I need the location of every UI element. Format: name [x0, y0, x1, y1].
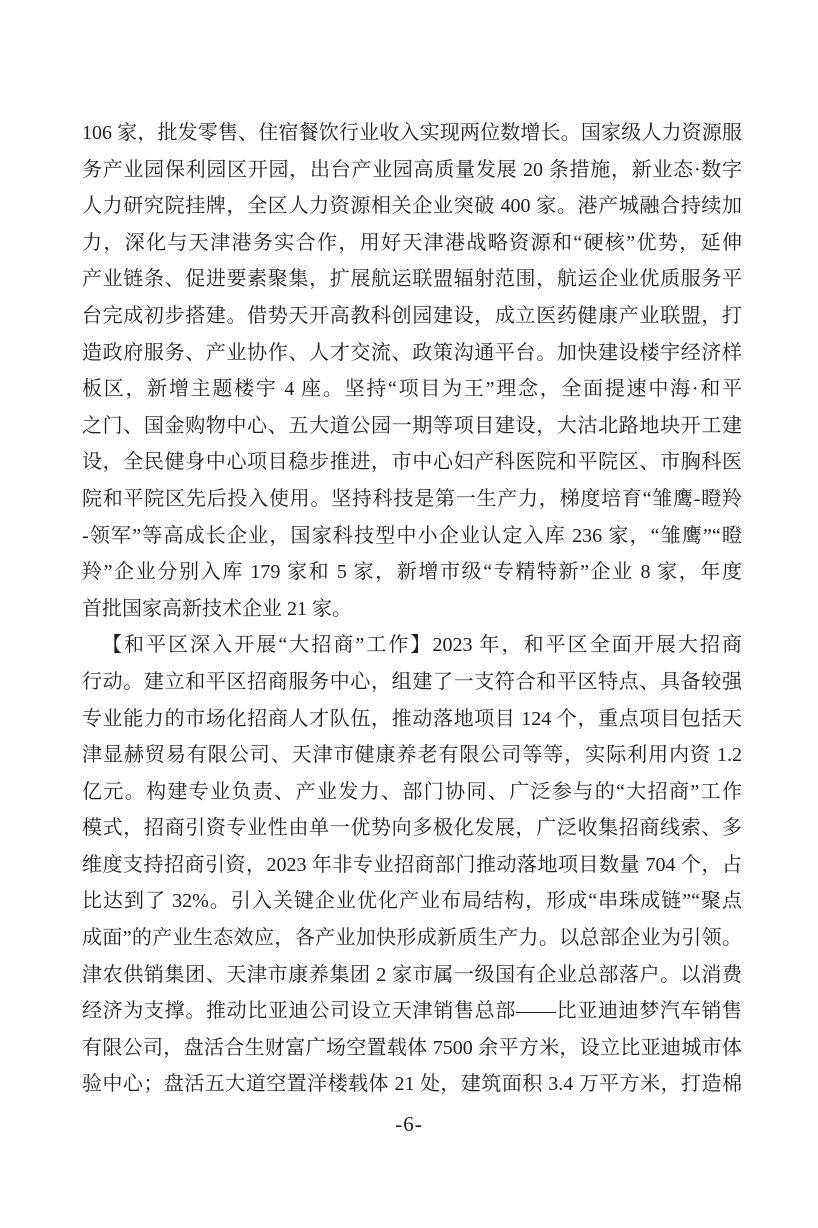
text-line: 造政府服务、产业协作、人才交流、政策沟通平台。加快建设楼宇经济样: [82, 335, 742, 372]
text-line: 比达到了 32%。引入关键企业优化产业布局结构，形成“串珠成链”“聚点: [82, 883, 742, 920]
text-line: 模式，招商引资专业性由单一优势向多极化发展，广泛收集招商线索、多: [82, 810, 742, 847]
text-line: 板区，新增主题楼宇 4 座。坚持“项目为王”理念，全面提速中海·和平: [82, 371, 742, 408]
text-line: 行动。建立和平区招商服务中心，组建了一支符合和平区特点、具备较强: [82, 664, 742, 701]
text-line: 津显赫贸易有限公司、天津市健康养老有限公司等等，实际利用内资 1.2: [82, 737, 742, 774]
text-line: 人力研究院挂牌，全区人力资源相关企业突破 400 家。港产城融合持续加: [82, 188, 742, 225]
text-line: 力，深化与天津港务实合作，用好天津港战略资源和“硬核”优势，延伸: [82, 225, 742, 262]
paragraph-dazhaoshang: 【和平区深入开展“大招商”工作】2023 年，和平区全面开展大招商行动。建立和平…: [82, 627, 742, 1103]
text-line: 经济为支撑。推动比亚迪公司设立天津销售总部——比亚迪迪梦汽车销售: [82, 993, 742, 1030]
text-line: 106 家，批发零售、住宿餐饮行业收入实现两位数增长。国家级人力资源服: [82, 115, 742, 152]
page-number: -6-: [0, 1112, 818, 1137]
text-line: 【和平区深入开展“大招商”工作】2023 年，和平区全面开展大招商: [82, 627, 742, 664]
text-line: 羚”企业分别入库 179 家和 5 家，新增市级“专精特新”企业 8 家，年度: [82, 554, 742, 591]
text-line: 维度支持招商引资，2023 年非专业招商部门推动落地项目数量 704 个，占: [82, 847, 742, 884]
text-line: 亿元。构建专业负责、产业发力、部门协同、广泛参与的“大招商”工作: [82, 774, 742, 811]
text-line: 之门、国金购物中心、五大道公园一期等项目建设，大沽北路地块开工建: [82, 408, 742, 445]
text-line: -领军”等高成长企业，国家科技型中小企业认定入库 236 家，“雏鹰”“瞪: [82, 518, 742, 555]
text-line: 台完成初步搭建。借势天开高教科创园建设，成立医药健康产业联盟，打: [82, 298, 742, 335]
text-line: 产业链条、促进要素聚集，扩展航运联盟辐射范围，航运企业优质服务平: [82, 261, 742, 298]
text-line: 首批国家高新技术企业 21 家。: [82, 591, 742, 628]
text-line: 津农供销集团、天津市康养集团 2 家市属一级国有企业总部落户。以消费: [82, 957, 742, 994]
text-line: 院和平院区先后投入使用。坚持科技是第一生产力，梯度培育“雏鹰-瞪羚: [82, 481, 742, 518]
text-line: 成面”的产业生态效应，各产业加快形成新质生产力。以总部企业为引领。: [82, 920, 742, 957]
document-page: 106 家，批发零售、住宿餐饮行业收入实现两位数增长。国家级人力资源服务产业园保…: [0, 0, 818, 1228]
text-line: 设，全民健身中心项目稳步推进，市中心妇产科医院和平院区、市胸科医: [82, 444, 742, 481]
text-line: 有限公司，盘活合生财富广场空置载体 7500 余平方米，设立比亚迪城市体: [82, 1030, 742, 1067]
text-line: 专业能力的市场化招商人才队伍，推动落地项目 124 个，重点项目包括天: [82, 701, 742, 738]
paragraph-economy-continuation: 106 家，批发零售、住宿餐饮行业收入实现两位数增长。国家级人力资源服务产业园保…: [82, 115, 742, 627]
text-line: 验中心；盘活五大道空置洋楼载体 21 处，建筑面积 3.4 万平方米，打造棉: [82, 1066, 742, 1103]
text-line: 务产业园保利园区开园，出台产业园高质量发展 20 条措施，新业态·数字: [82, 152, 742, 189]
document-body: 106 家，批发零售、住宿餐饮行业收入实现两位数增长。国家级人力资源服务产业园保…: [82, 115, 742, 1103]
